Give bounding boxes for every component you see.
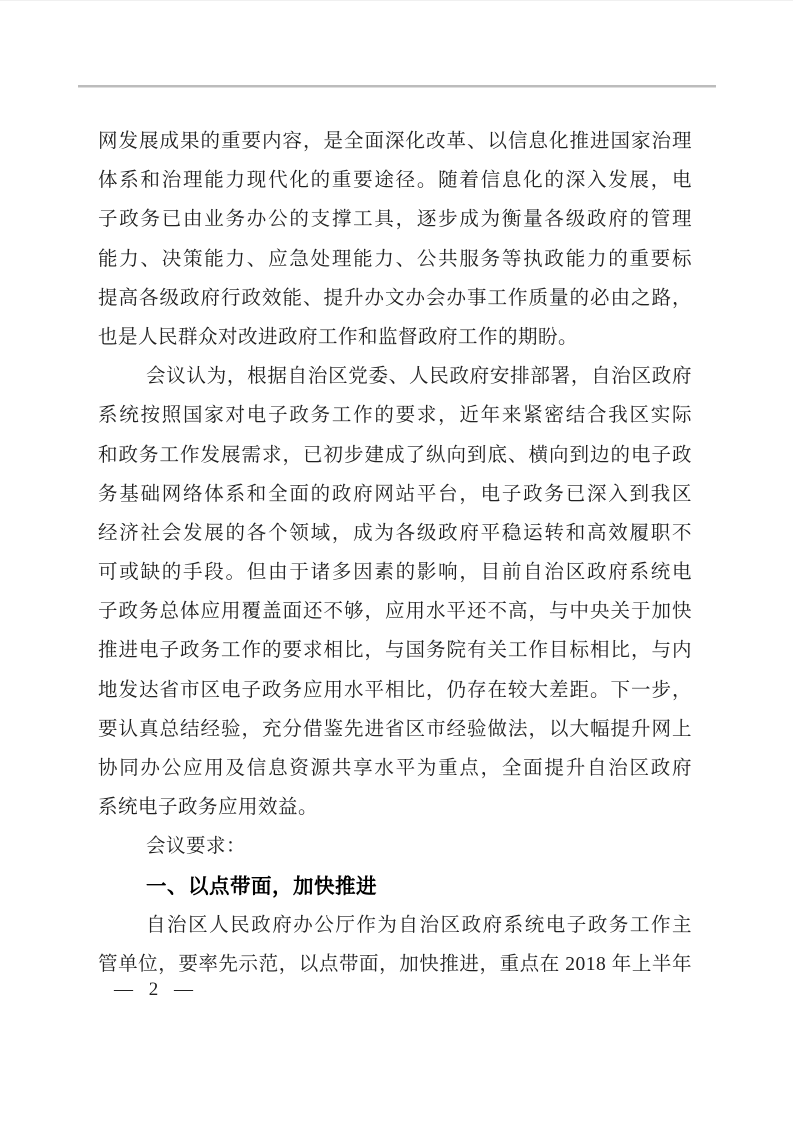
section-heading: 一、以点带面，加快推进 xyxy=(98,867,692,906)
text-line: 要认真总结经验，充分借鉴先进省区市经验做法，以大幅提升网上 xyxy=(98,710,692,749)
text-line: 系统电子政务应用效益。 xyxy=(98,788,692,827)
text-line: 体系和治理能力现代化的重要途径。随着信息化的深入发展，电 xyxy=(98,161,692,200)
document-body: 网发展成果的重要内容，是全面深化改革、以信息化推进国家治理体系和治理能力现代化的… xyxy=(98,122,692,984)
page-number: — 2 — xyxy=(114,975,194,1005)
text-line: 系统按照国家对电子政务工作的要求，近年来紧密结合我区实际 xyxy=(98,396,692,435)
text-line: 子政务已由业务办公的支撑工具，逐步成为衡量各级政府的管理 xyxy=(98,200,692,239)
text-line: 协同办公应用及信息资源共享水平为重点，全面提升自治区政府 xyxy=(98,749,692,788)
text-line: 和政务工作发展需求，已初步建成了纵向到底、横向到边的电子政 xyxy=(98,436,692,475)
text-line: 也是人民群众对改进政府工作和监督政府工作的期盼。 xyxy=(98,318,692,357)
text-line: 网发展成果的重要内容，是全面深化改革、以信息化推进国家治理 xyxy=(98,122,692,161)
text-line: 自治区人民政府办公厅作为自治区政府系统电子政务工作主 xyxy=(98,906,692,945)
text-line: 子政务总体应用覆盖面还不够，应用水平还不高，与中央关于加快 xyxy=(98,592,692,631)
text-line: 会议要求： xyxy=(98,827,692,866)
text-line: 推进电子政务工作的要求相比，与国务院有关工作目标相比，与内 xyxy=(98,631,692,670)
text-line: 会议认为，根据自治区党委、人民政府安排部署，自治区政府 xyxy=(98,357,692,396)
text-line: 务基础网络体系和全面的政府网站平台，电子政务已深入到我区 xyxy=(98,475,692,514)
text-line: 可或缺的手段。但由于诸多因素的影响，目前自治区政府系统电 xyxy=(98,553,692,592)
header-rule xyxy=(78,85,716,88)
text-line: 能力、决策能力、应急处理能力、公共服务等执政能力的重要标准， xyxy=(98,240,692,279)
text-line: 经济社会发展的各个领域，成为各级政府平稳运转和高效履职不 xyxy=(98,514,692,553)
document-page: { "page": { "background": "#ffffff", "te… xyxy=(0,0,793,1122)
text-line: 提高各级政府行政效能、提升办文办会办事工作质量的必由之路， xyxy=(98,279,692,318)
text-line: 地发达省市区电子政务应用水平相比，仍存在较大差距。下一步， xyxy=(98,671,692,710)
